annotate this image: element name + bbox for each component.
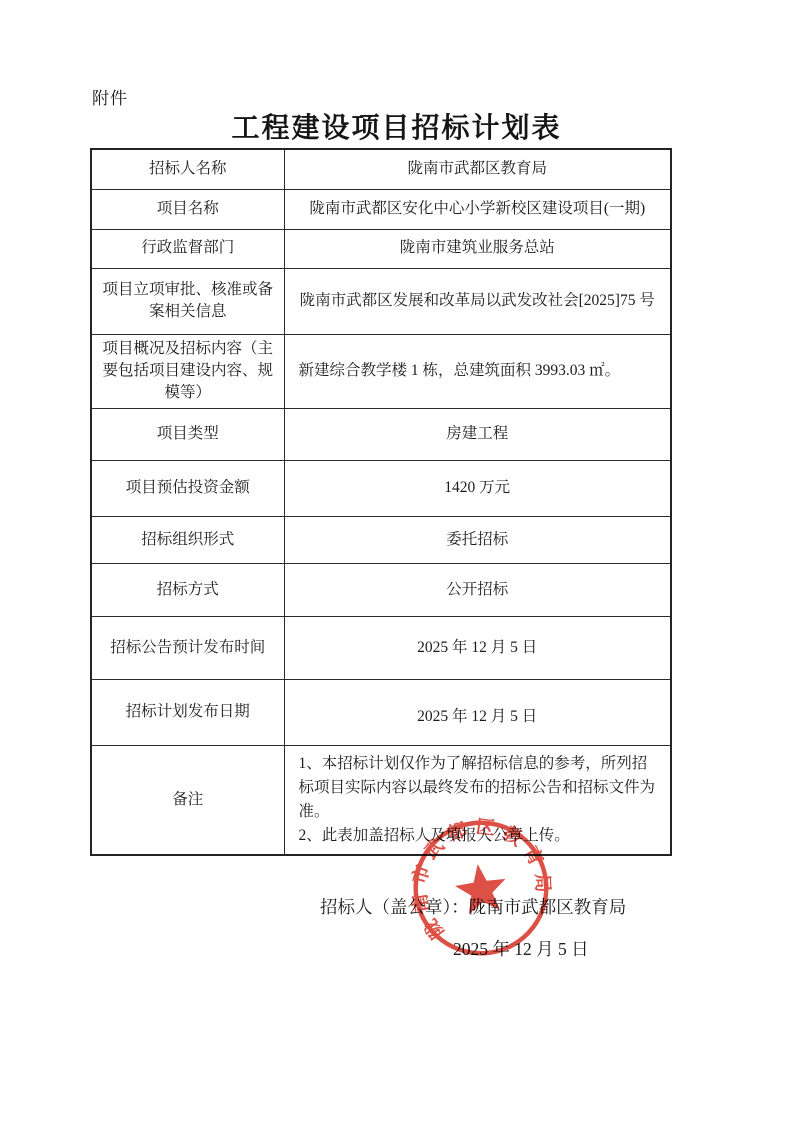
- tender-plan-table: 招标人名称 陇南市武都区教育局 项目名称 陇南市武都区安化中心小学新校区建设项目…: [90, 148, 672, 856]
- row-value: 1、本招标计划仅作为了解招标信息的参考，所列招标项目实际内容以最终发布的招标公告…: [284, 745, 671, 855]
- row-label: 行政监督部门: [91, 229, 284, 268]
- row-label: 项目立项审批、核准或备案相关信息: [91, 268, 284, 334]
- row-value: 1420 万元: [284, 460, 671, 516]
- row-label: 招标公告预计发布时间: [91, 616, 284, 679]
- row-label: 招标方式: [91, 563, 284, 616]
- row-value: 公开招标: [284, 563, 671, 616]
- row-label: 备注: [91, 745, 284, 855]
- row-value: 委托招标: [284, 516, 671, 563]
- row-value: 陇南市武都区安化中心小学新校区建设项目(一期): [284, 189, 671, 229]
- row-label: 项目名称: [91, 189, 284, 229]
- signer-line: 招标人（盖公章）：陇南市武都区教育局: [320, 894, 626, 919]
- row-value: 2025 年 12 月 5 日: [284, 679, 671, 745]
- row-value: 2025 年 12 月 5 日: [284, 616, 671, 679]
- row-label: 招标计划发布日期: [91, 679, 284, 745]
- table-row-bidder-name: 招标人名称 陇南市武都区教育局: [91, 149, 671, 189]
- table-row-announcement-date: 招标公告预计发布时间 2025 年 12 月 5 日: [91, 616, 671, 679]
- table-row-estimated-investment: 项目预估投资金额 1420 万元: [91, 460, 671, 516]
- page-title: 工程建设项目招标计划表: [0, 106, 793, 146]
- document-page: 附件 工程建设项目招标计划表 招标人名称 陇南市武都区教育局 项目名称 陇南市武…: [0, 0, 793, 1122]
- table-row-plan-publish-date: 招标计划发布日期 2025 年 12 月 5 日: [91, 679, 671, 745]
- row-label: 项目类型: [91, 408, 284, 460]
- table-row-project-overview: 项目概况及招标内容（主要包括项目建设内容、规模等） 新建综合教学楼 1 栋，总建…: [91, 334, 671, 408]
- table-row-remarks: 备注 1、本招标计划仅作为了解招标信息的参考，所列招标项目实际内容以最终发布的招…: [91, 745, 671, 855]
- row-label: 招标组织形式: [91, 516, 284, 563]
- row-value: 房建工程: [284, 408, 671, 460]
- table-row-project-type: 项目类型 房建工程: [91, 408, 671, 460]
- row-value: 陇南市建筑业服务总站: [284, 229, 671, 268]
- table-row-supervision-dept: 行政监督部门 陇南市建筑业服务总站: [91, 229, 671, 268]
- signature-date: 2025 年 12 月 5 日: [453, 936, 589, 961]
- row-label: 项目概况及招标内容（主要包括项目建设内容、规模等）: [91, 334, 284, 408]
- table-row-bidding-method: 招标方式 公开招标: [91, 563, 671, 616]
- table-row-approval-info: 项目立项审批、核准或备案相关信息 陇南市武都区发展和改革局以武发改社会[2025…: [91, 268, 671, 334]
- row-value: 陇南市武都区教育局: [284, 149, 671, 189]
- table-row-organization-form: 招标组织形式 委托招标: [91, 516, 671, 563]
- tender-plan-table-body: 招标人名称 陇南市武都区教育局 项目名称 陇南市武都区安化中心小学新校区建设项目…: [91, 149, 671, 855]
- row-label: 项目预估投资金额: [91, 460, 284, 516]
- row-value: 新建综合教学楼 1 栋，总建筑面积 3993.03 ㎡。: [284, 334, 671, 408]
- row-value: 陇南市武都区发展和改革局以武发改社会[2025]75 号: [284, 268, 671, 334]
- table-row-project-name: 项目名称 陇南市武都区安化中心小学新校区建设项目(一期): [91, 189, 671, 229]
- row-label: 招标人名称: [91, 149, 284, 189]
